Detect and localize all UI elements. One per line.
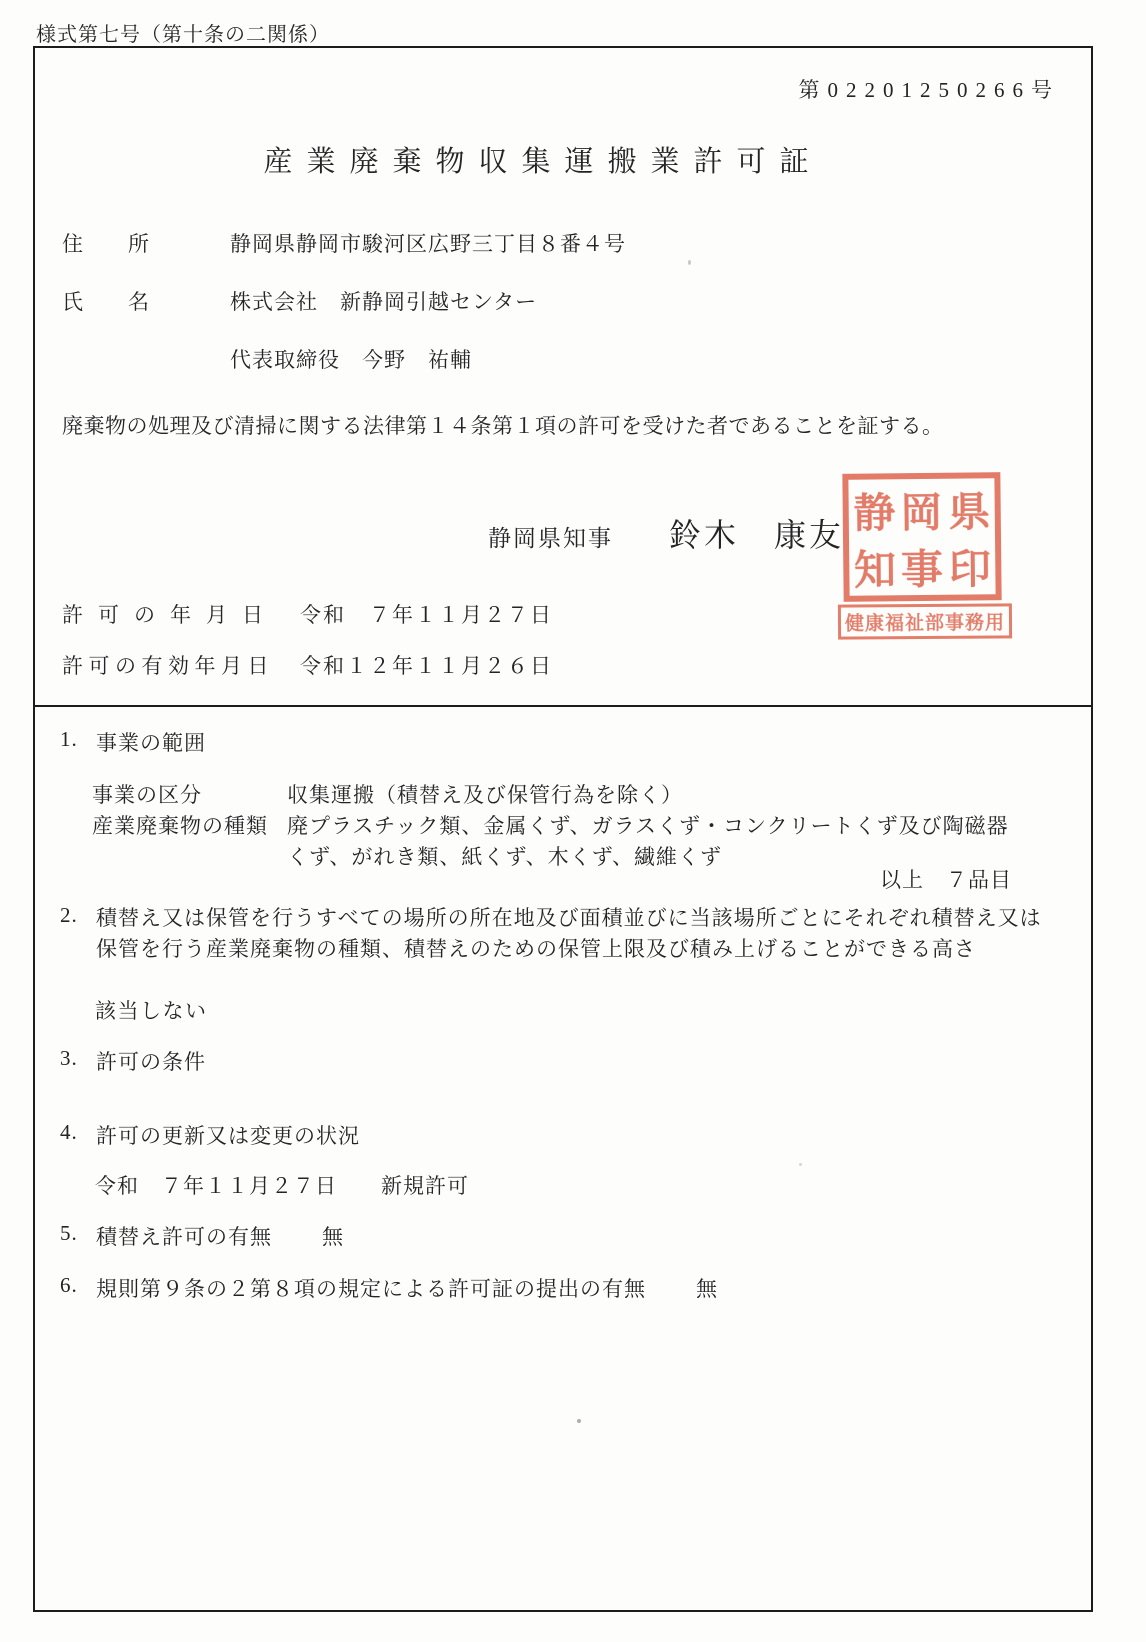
section-1-heading: 1. 事業の範囲: [60, 727, 206, 757]
section-6-number: 6.: [60, 1273, 96, 1298]
governor-name: 鈴木 康友: [669, 510, 844, 556]
business-scope-table: 事業の区分 収集運搬（積替え及び保管行為を除く） 産業廃棄物の種類 廃プラスチッ…: [92, 780, 1032, 873]
section-6-value: 無: [696, 1273, 718, 1303]
section-4-number: 4.: [60, 1120, 96, 1145]
section-divider: [33, 705, 1093, 707]
business-category-label: 事業の区分: [92, 780, 287, 811]
section-6-heading: 6. 規則第９条の２第８項の規定による許可証の提出の有無 無: [60, 1273, 718, 1303]
company-name: 株式会社 新静岡引越センター: [230, 286, 537, 316]
section-5-title: 積替え許可の有無: [96, 1221, 272, 1251]
address-label: 住 所: [62, 228, 230, 258]
seal-character: 知: [850, 538, 900, 597]
address-row: 住 所 静岡県静岡市駿河区広野三丁目８番４号: [62, 228, 626, 258]
item-count-note: 以上 ７品目: [880, 864, 1012, 894]
permit-date-label: 許可の年月日: [62, 599, 300, 629]
section-5-value: 無: [322, 1221, 344, 1251]
section-5-heading: 5. 積替え許可の有無 無: [60, 1221, 344, 1251]
certification-statement: 廃棄物の処理及び清掃に関する法律第１４条第１項の許可を受けた者であることを証する…: [62, 410, 944, 440]
name-label: 氏 名: [62, 286, 230, 316]
document-title: 産業廃棄物収集運搬業許可証: [33, 139, 1053, 180]
seal-character: 静: [849, 481, 899, 540]
permit-date-row: 許可の年月日 令和 ７年１１月２７日: [62, 599, 553, 629]
seal-character: 岡: [897, 480, 947, 539]
section-2-title: 積替え又は保管を行うすべての場所の所在地及び面積並びに当該場所ごとにそれぞれ積替…: [96, 903, 1054, 965]
address-value: 静岡県静岡市駿河区広野三丁目８番４号: [230, 228, 626, 258]
valid-date-label: 許可の有効年月日: [62, 650, 300, 680]
section-5-number: 5.: [60, 1221, 96, 1246]
name-row: 氏 名 株式会社 新静岡引越センター: [62, 286, 537, 316]
valid-date-value: 令和１２年１１月２６日: [300, 650, 553, 680]
waste-types-label: 産業廃棄物の種類: [92, 811, 287, 873]
governor-seal: 静 岡 県 知 事 印: [842, 472, 1001, 602]
seal-character: 県: [944, 480, 994, 539]
section-2-number: 2.: [60, 903, 96, 928]
section-4-heading: 4. 許可の更新又は変更の状況: [60, 1120, 360, 1150]
representative-name: 代表取締役 今野 祐輔: [230, 344, 472, 374]
governor-title: 静岡県知事: [488, 520, 613, 553]
scan-speck: [577, 1419, 581, 1423]
scan-speck: [799, 1163, 802, 1166]
section-3-number: 3.: [60, 1046, 96, 1071]
form-number-label: 様式第七号（第十条の二関係）: [36, 18, 330, 47]
issuer-row: 静岡県知事 鈴木 康友: [488, 510, 844, 556]
section-4-body: 令和 ７年１１月２７日 新規許可: [95, 1170, 469, 1200]
section-3-heading: 3. 許可の条件: [60, 1046, 206, 1076]
scan-speck: [688, 260, 691, 265]
section-4-title: 許可の更新又は変更の状況: [96, 1120, 360, 1150]
business-category-row: 事業の区分 収集運搬（積替え及び保管行為を除く）: [92, 780, 1032, 811]
section-1-number: 1.: [60, 727, 96, 752]
permit-date-value: 令和 ７年１１月２７日: [300, 599, 553, 629]
section-2-body: 該当しない: [95, 995, 208, 1025]
section-2-heading: 2. 積替え又は保管を行うすべての場所の所在地及び面積並びに当該場所ごとにそれぞ…: [60, 903, 1054, 965]
document-number: 第02201250266号: [799, 74, 1061, 104]
department-stamp: 健康福祉部事務用: [838, 603, 1012, 639]
section-1-title: 事業の範囲: [96, 727, 206, 757]
seal-character: 印: [944, 537, 994, 596]
section-6-title: 規則第９条の２第８項の規定による許可証の提出の有無: [96, 1273, 646, 1303]
valid-date-row: 許可の有効年月日 令和１２年１１月２６日: [62, 650, 553, 680]
document-page: 様式第七号（第十条の二関係） 第02201250266号 産業廃棄物収集運搬業許…: [0, 0, 1146, 1642]
seal-character: 事: [897, 537, 947, 596]
business-category-value: 収集運搬（積替え及び保管行為を除く）: [287, 780, 1022, 811]
section-3-title: 許可の条件: [96, 1046, 206, 1076]
